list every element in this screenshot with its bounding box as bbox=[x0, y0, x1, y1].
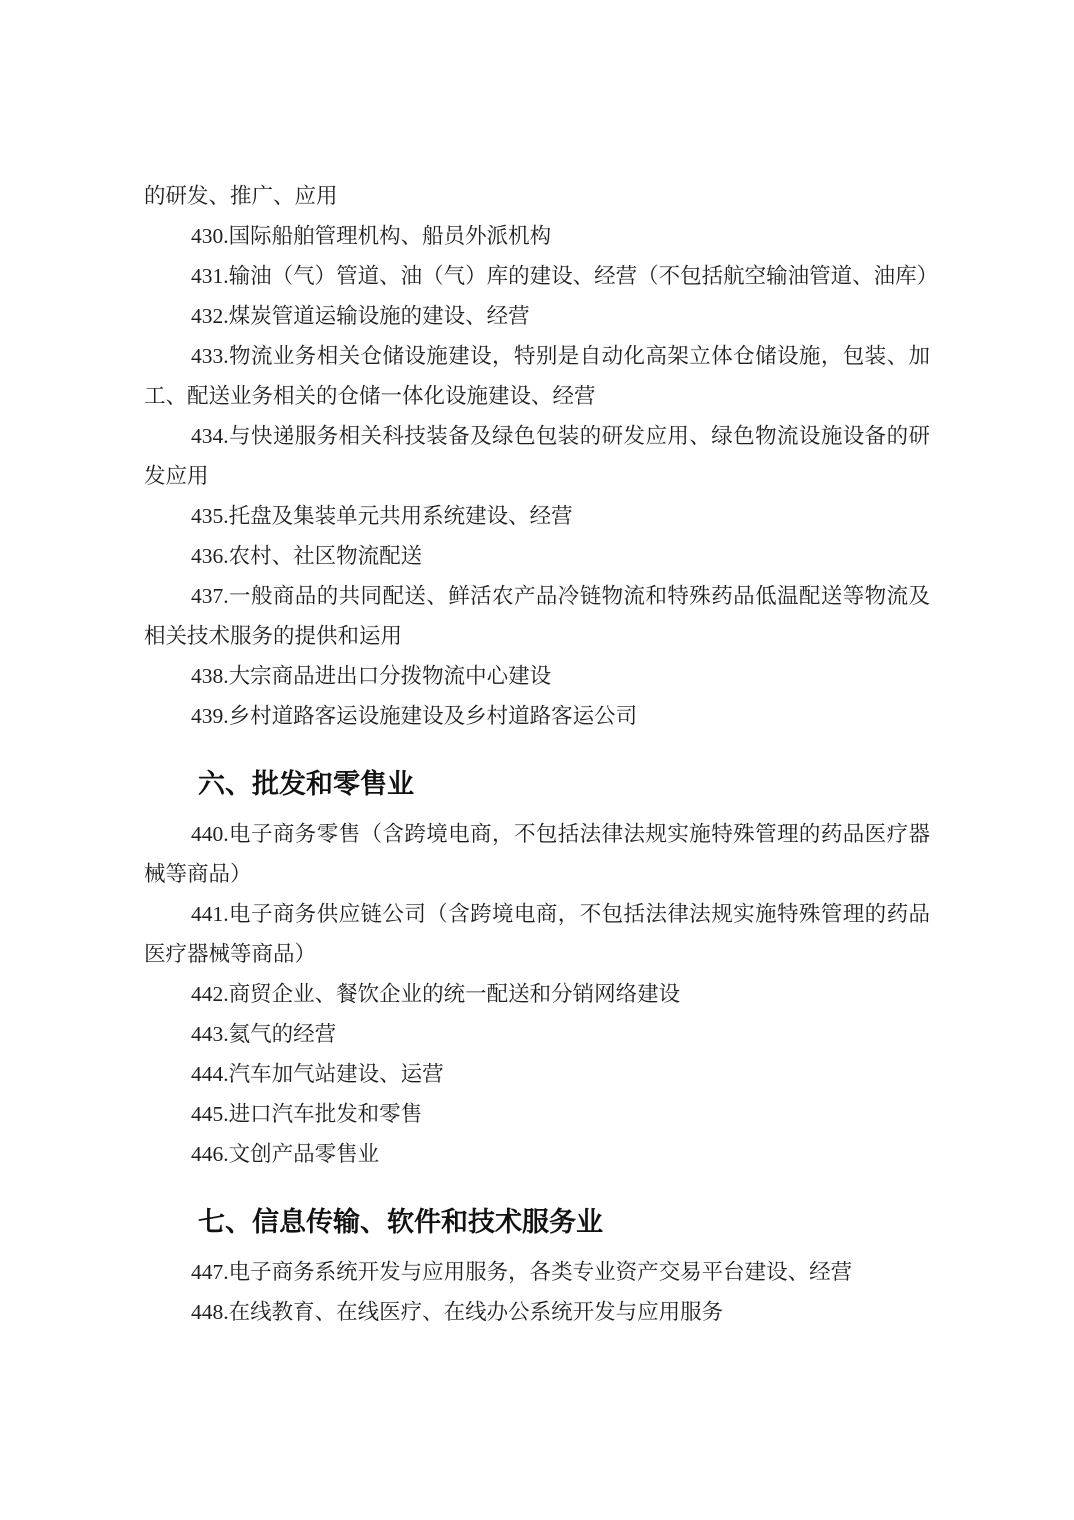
catalog-item: 445.进口汽车批发和零售 bbox=[144, 1094, 930, 1134]
text-line: 433.物流业务相关仓储设施建设，特别是自动化高架立体仓储设施，包装、加 bbox=[144, 336, 930, 376]
text-line: 447.电子商务系统开发与应用服务，各类专业资产交易平台建设、经营 bbox=[144, 1252, 930, 1292]
catalog-item: 447.电子商务系统开发与应用服务，各类专业资产交易平台建设、经营 bbox=[144, 1252, 930, 1292]
catalog-item: 433.物流业务相关仓储设施建设，特别是自动化高架立体仓储设施，包装、加工、配送… bbox=[144, 336, 930, 416]
section-heading: 七、信息传输、软件和技术服务业 bbox=[144, 1200, 930, 1244]
catalog-item: 432.煤炭管道运输设施的建设、经营 bbox=[144, 296, 930, 336]
catalog-item: 430.国际船舶管理机构、船员外派机构 bbox=[144, 216, 930, 256]
text-line: 的研发、推广、应用 bbox=[144, 176, 930, 216]
text-line: 431.输油（气）管道、油（气）库的建设、经营（不包括航空输油管道、油库） bbox=[144, 256, 930, 296]
document-page: 的研发、推广、应用430.国际船舶管理机构、船员外派机构431.输油（气）管道、… bbox=[0, 0, 1074, 1520]
text-line: 432.煤炭管道运输设施的建设、经营 bbox=[144, 296, 930, 336]
catalog-item: 444.汽车加气站建设、运营 bbox=[144, 1054, 930, 1094]
catalog-item: 441.电子商务供应链公司（含跨境电商，不包括法律法规实施特殊管理的药品医疗器械… bbox=[144, 894, 930, 974]
catalog-item: 439.乡村道路客运设施建设及乡村道路客运公司 bbox=[144, 696, 930, 736]
text-line: 445.进口汽车批发和零售 bbox=[144, 1094, 930, 1134]
text-line: 434.与快递服务相关科技装备及绿色包装的研发应用、绿色物流设施设备的研 bbox=[144, 416, 930, 456]
text-line: 448.在线教育、在线医疗、在线办公系统开发与应用服务 bbox=[144, 1292, 930, 1332]
catalog-item: 434.与快递服务相关科技装备及绿色包装的研发应用、绿色物流设施设备的研发应用 bbox=[144, 416, 930, 496]
text-line: 相关技术服务的提供和运用 bbox=[144, 616, 930, 656]
text-line: 发应用 bbox=[144, 456, 930, 496]
text-line: 441.电子商务供应链公司（含跨境电商，不包括法律法规实施特殊管理的药品 bbox=[144, 894, 930, 934]
document-content: 的研发、推广、应用430.国际船舶管理机构、船员外派机构431.输油（气）管道、… bbox=[144, 176, 930, 1332]
catalog-item: 437.一般商品的共同配送、鲜活农产品冷链物流和特殊药品低温配送等物流及相关技术… bbox=[144, 576, 930, 656]
text-line: 439.乡村道路客运设施建设及乡村道路客运公司 bbox=[144, 696, 930, 736]
catalog-item: 440.电子商务零售（含跨境电商，不包括法律法规实施特殊管理的药品医疗器械等商品… bbox=[144, 814, 930, 894]
text-line: 444.汽车加气站建设、运营 bbox=[144, 1054, 930, 1094]
catalog-item: 443.氦气的经营 bbox=[144, 1014, 930, 1054]
catalog-item: 438.大宗商品进出口分拨物流中心建设 bbox=[144, 656, 930, 696]
text-line: 446.文创产品零售业 bbox=[144, 1134, 930, 1174]
text-line: 械等商品） bbox=[144, 854, 930, 894]
continuation-paragraph: 的研发、推广、应用 bbox=[144, 176, 930, 216]
catalog-item: 446.文创产品零售业 bbox=[144, 1134, 930, 1174]
text-line: 442.商贸企业、餐饮企业的统一配送和分销网络建设 bbox=[144, 974, 930, 1014]
text-line: 440.电子商务零售（含跨境电商，不包括法律法规实施特殊管理的药品医疗器 bbox=[144, 814, 930, 854]
section-heading: 六、批发和零售业 bbox=[144, 762, 930, 806]
text-line: 436.农村、社区物流配送 bbox=[144, 536, 930, 576]
text-line: 工、配送业务相关的仓储一体化设施建设、经营 bbox=[144, 376, 930, 416]
text-line: 437.一般商品的共同配送、鲜活农产品冷链物流和特殊药品低温配送等物流及 bbox=[144, 576, 930, 616]
text-line: 医疗器械等商品） bbox=[144, 934, 930, 974]
text-line: 438.大宗商品进出口分拨物流中心建设 bbox=[144, 656, 930, 696]
catalog-item: 442.商贸企业、餐饮企业的统一配送和分销网络建设 bbox=[144, 974, 930, 1014]
text-line: 443.氦气的经营 bbox=[144, 1014, 930, 1054]
catalog-item: 448.在线教育、在线医疗、在线办公系统开发与应用服务 bbox=[144, 1292, 930, 1332]
text-line: 435.托盘及集装单元共用系统建设、经营 bbox=[144, 496, 930, 536]
catalog-item: 436.农村、社区物流配送 bbox=[144, 536, 930, 576]
catalog-item: 431.输油（气）管道、油（气）库的建设、经营（不包括航空输油管道、油库） bbox=[144, 256, 930, 296]
catalog-item: 435.托盘及集装单元共用系统建设、经营 bbox=[144, 496, 930, 536]
text-line: 430.国际船舶管理机构、船员外派机构 bbox=[144, 216, 930, 256]
